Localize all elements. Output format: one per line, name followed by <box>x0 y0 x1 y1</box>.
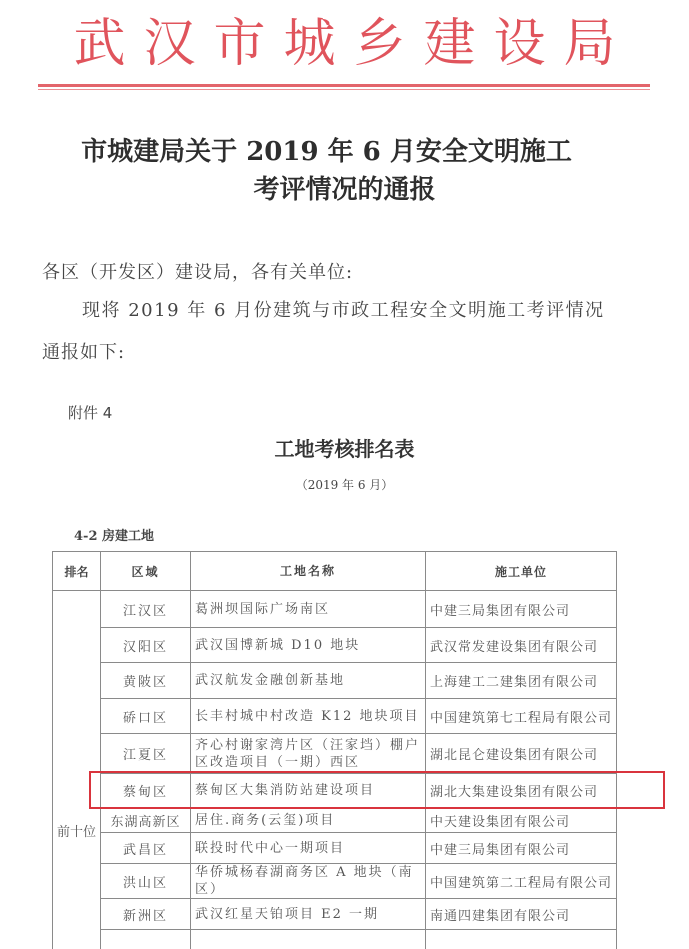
table-row-partial <box>53 930 617 949</box>
rank-group: 前十位 <box>53 591 101 949</box>
unit-cell: 中建三局集团有限公司 <box>426 591 617 628</box>
site-cell: 武汉国博新城 D10 地块 <box>191 628 426 663</box>
header-area: 区域 <box>101 552 191 591</box>
unit-cell-empty <box>426 930 617 949</box>
notice-title-line1: 市城建局关于 2019 年 6 月安全文明施工 <box>0 131 671 168</box>
table-row: 汉阳区 武汉国博新城 D10 地块 武汉常发建设集团有限公司 <box>53 628 617 663</box>
table-header-row: 排名 区域 工地名称 施工单位 <box>53 552 617 591</box>
table-row: 硚口区 长丰村城中村改造 K12 地块项目 中国建筑第七工程局有限公司 <box>53 699 617 734</box>
ranking-table: 排名 区域 工地名称 施工单位 前十位 江汉区 葛洲坝国际广场南区 中建三局集团… <box>52 551 617 949</box>
unit-cell: 中天建设集团有限公司 <box>426 808 617 833</box>
site-cell: 武汉红星天铂项目 E2 一期 <box>191 899 426 930</box>
table-row: 新洲区 武汉红星天铂项目 E2 一期 南通四建集团有限公司 <box>53 899 617 930</box>
site-cell: 居住.商务(云玺)项目 <box>191 808 426 833</box>
unit-cell: 武汉常发建设集团有限公司 <box>426 628 617 663</box>
area-cell: 武昌区 <box>101 833 191 864</box>
table-row: 江夏区 齐心村谢家湾片区（汪家垱）棚户区改造项目（一期）西区 湖北昆仑建设集团有… <box>53 734 617 774</box>
attachment-label: 附件 4 <box>68 402 112 423</box>
highlight-box <box>89 771 665 809</box>
table-subtitle: （2019 年 6 月） <box>0 476 689 493</box>
area-cell: 东湖高新区 <box>101 808 191 833</box>
unit-cell: 湖北昆仑建设集团有限公司 <box>426 734 617 774</box>
area-cell: 洪山区 <box>101 864 191 899</box>
unit-cell: 南通四建集团有限公司 <box>426 899 617 930</box>
area-cell: 汉阳区 <box>101 628 191 663</box>
site-cell-empty <box>191 930 426 949</box>
unit-cell: 中建三局集团有限公司 <box>426 833 617 864</box>
letterhead-org-name: 武汉市城乡建设局 <box>0 12 689 76</box>
unit-cell: 中国建筑第二工程局有限公司 <box>426 864 617 899</box>
site-cell: 葛洲坝国际广场南区 <box>191 591 426 628</box>
table-row: 洪山区 华侨城杨春湖商务区 A 地块（南区） 中国建筑第二工程局有限公司 <box>53 864 617 899</box>
unit-cell: 上海建工二建集团有限公司 <box>426 663 617 699</box>
site-cell: 武汉航发金融创新基地 <box>191 663 426 699</box>
header-site: 工地名称 <box>191 552 426 591</box>
body-line1: 现将 2019 年 6 月份建筑与市政工程安全文明施工考评情况 <box>82 296 605 322</box>
table-row: 武昌区 联投时代中心一期项目 中建三局集团有限公司 <box>53 833 617 864</box>
site-cell: 华侨城杨春湖商务区 A 地块（南区） <box>191 864 426 899</box>
area-cell: 硚口区 <box>101 699 191 734</box>
area-cell: 江汉区 <box>101 591 191 628</box>
table-title: 工地考核排名表 <box>0 433 689 462</box>
site-cell: 齐心村谢家湾片区（汪家垱）棚户区改造项目（一期）西区 <box>191 734 426 774</box>
area-cell-empty <box>101 930 191 949</box>
table-row: 东湖高新区 居住.商务(云玺)项目 中天建设集团有限公司 <box>53 808 617 833</box>
area-cell: 黄陂区 <box>101 663 191 699</box>
header-rank: 排名 <box>53 552 101 591</box>
table-row: 前十位 江汉区 葛洲坝国际广场南区 中建三局集团有限公司 <box>53 591 617 628</box>
salutation: 各区（开发区）建设局，各有关单位: <box>42 258 353 284</box>
unit-cell: 中国建筑第七工程局有限公司 <box>426 699 617 734</box>
site-cell: 长丰村城中村改造 K12 地块项目 <box>191 699 426 734</box>
area-cell: 新洲区 <box>101 899 191 930</box>
letterhead-rule-thick <box>38 84 650 87</box>
body-line2: 通报如下: <box>42 338 125 364</box>
table-row: 黄陂区 武汉航发金融创新基地 上海建工二建集团有限公司 <box>53 663 617 699</box>
header-unit: 施工单位 <box>426 552 617 591</box>
notice-title-line2: 考评情况的通报 <box>0 169 689 206</box>
site-cell: 联投时代中心一期项目 <box>191 833 426 864</box>
section-label: 4-2 房建工地 <box>74 525 154 544</box>
area-cell: 江夏区 <box>101 734 191 774</box>
letterhead-rule-thin <box>38 89 650 90</box>
